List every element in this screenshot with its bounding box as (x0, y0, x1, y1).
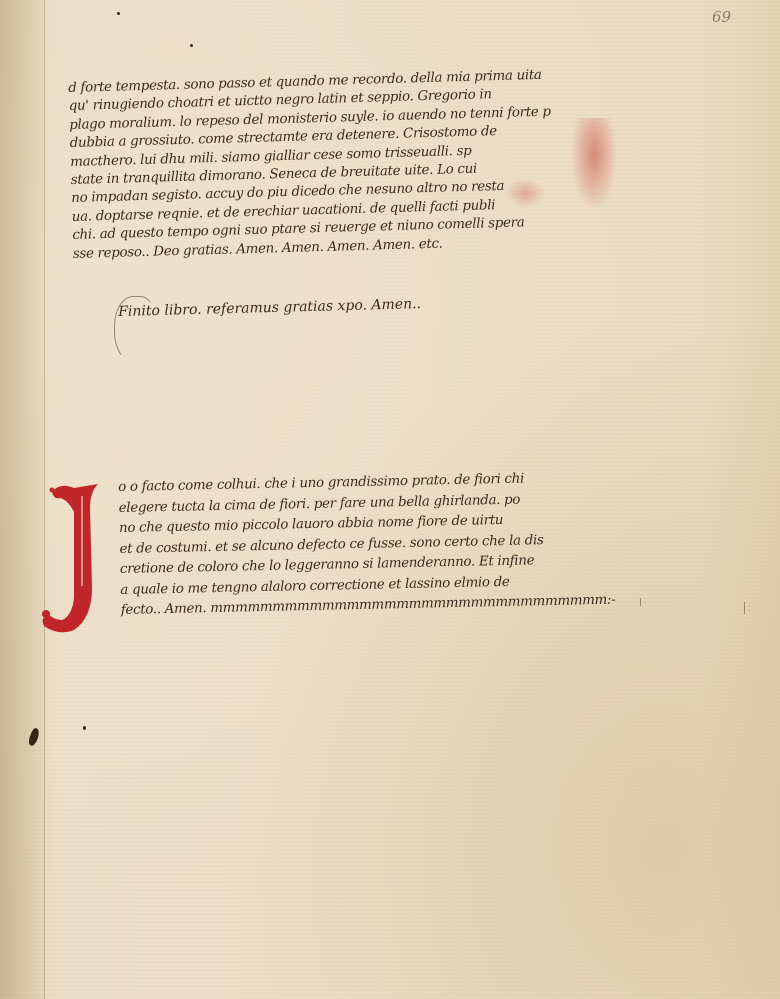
folio-number: 69 (712, 8, 731, 26)
ink-speck (190, 44, 193, 47)
manuscript-page: 69 d forte tempesta. sono passo et quand… (0, 0, 780, 999)
red-initial-letter-icon (38, 478, 108, 638)
text-block-closing: d forte tempesta. sono passo et quando m… (68, 65, 621, 264)
text-block-prologue: o o facto come colhui. che i uno grandis… (118, 467, 631, 621)
margin-mark (640, 598, 641, 606)
ink-speck (117, 12, 120, 15)
ink-speck (83, 726, 86, 730)
margin-mark (744, 602, 745, 614)
explicit-colophon: Finito libro. referamus gratias xpo. Ame… (118, 293, 538, 320)
